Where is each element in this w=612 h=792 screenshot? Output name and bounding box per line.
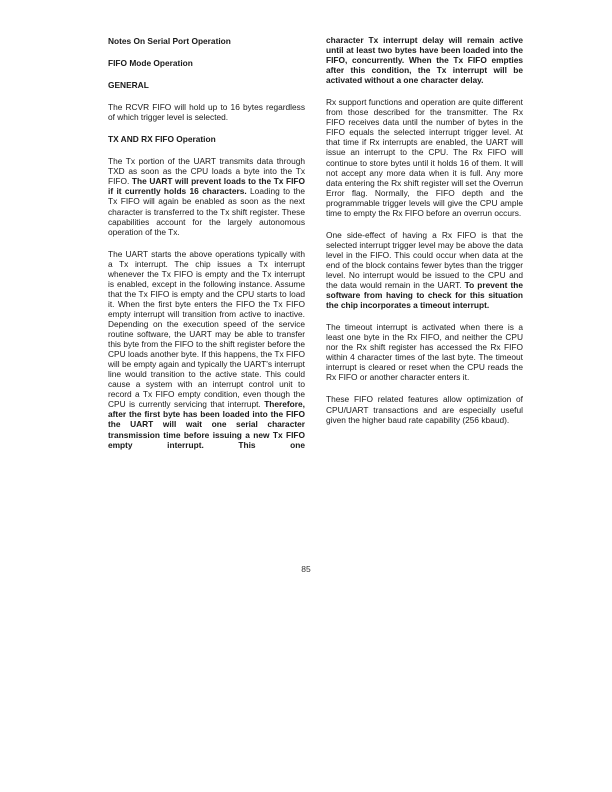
left-column: Notes On Serial Port Operation FIFO Mode… xyxy=(108,36,305,462)
subtitle-fifo-mode: FIFO Mode Operation xyxy=(108,58,305,68)
heading-general: GENERAL xyxy=(108,80,305,90)
features-paragraph: These FIFO related features allow optimi… xyxy=(326,394,523,424)
continued-bold-text: character Tx interrupt delay will remain… xyxy=(326,35,523,85)
interrupt-paragraph-text: The UART starts the above operations typ… xyxy=(108,249,305,410)
heading-tx-rx-fifo: TX AND RX FIFO Operation xyxy=(108,134,305,144)
interrupt-paragraph: The UART starts the above operations typ… xyxy=(108,249,305,450)
right-column: character Tx interrupt delay will remain… xyxy=(326,35,523,437)
side-effect-paragraph: One side-effect of having a Rx FIFO is t… xyxy=(326,230,523,310)
general-paragraph: The RCVR FIFO will hold up to 16 bytes r… xyxy=(108,102,305,122)
page-number: 85 xyxy=(0,564,612,574)
continued-bold-paragraph: character Tx interrupt delay will remain… xyxy=(326,35,523,85)
tx-paragraph: The Tx portion of the UART transmits dat… xyxy=(108,156,305,236)
timeout-paragraph: The timeout interrupt is activated when … xyxy=(326,322,523,382)
rx-paragraph: Rx support functions and operation are q… xyxy=(326,97,523,218)
document-title: Notes On Serial Port Operation xyxy=(108,36,305,46)
